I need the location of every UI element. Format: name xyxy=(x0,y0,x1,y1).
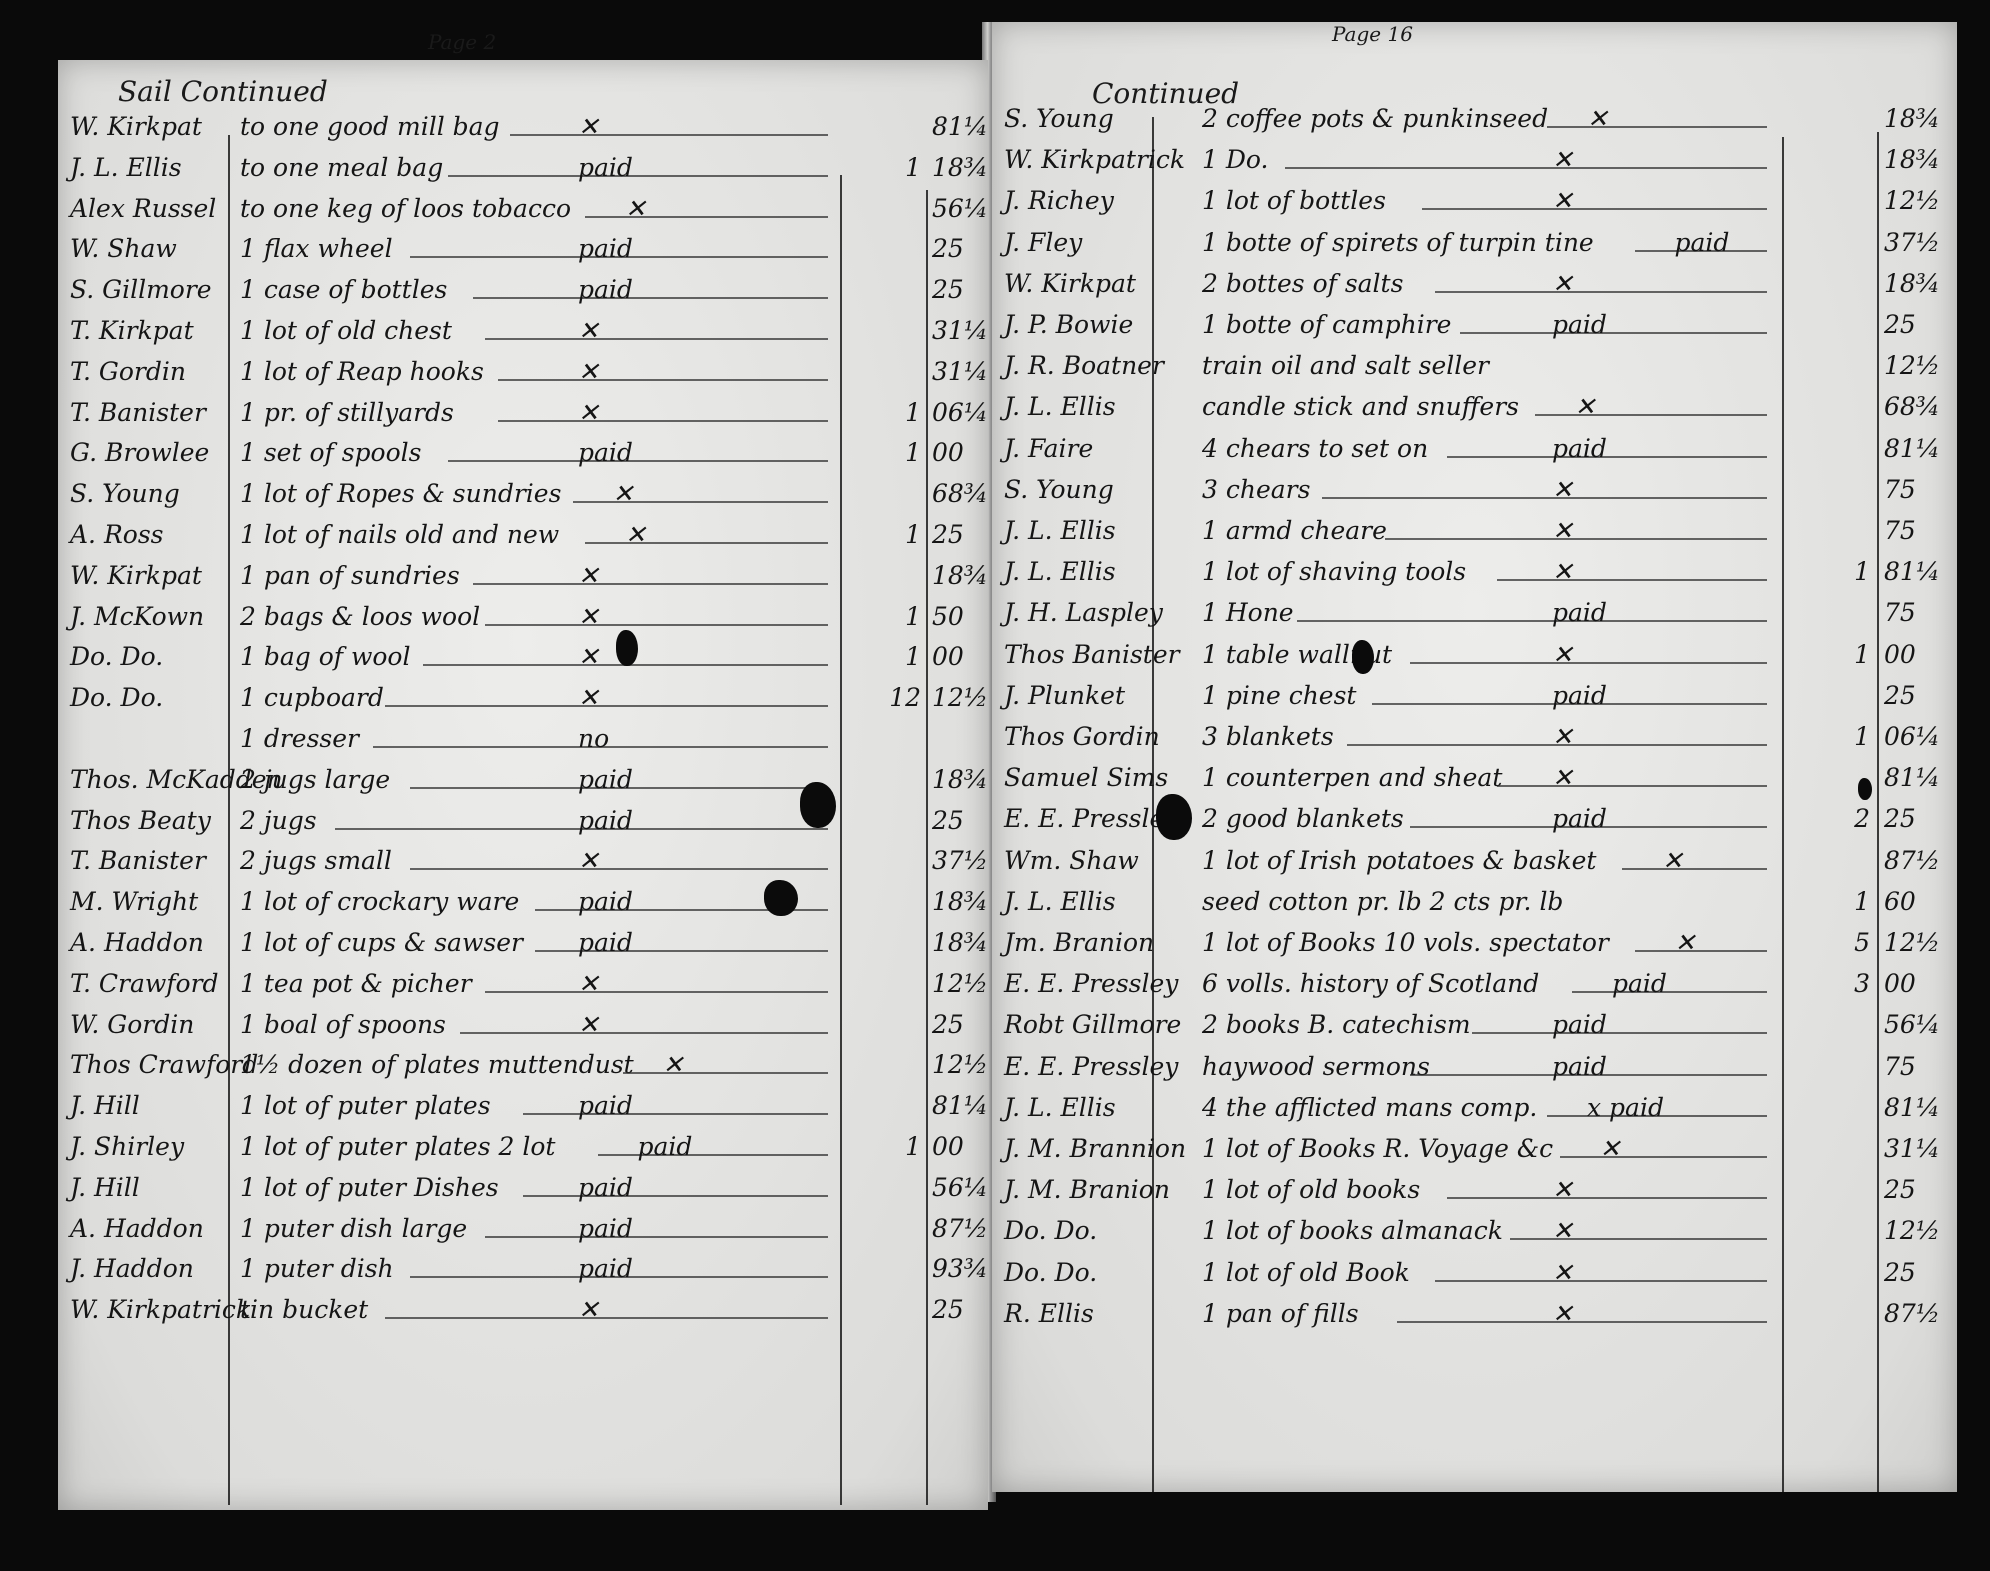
amount-dollars: 1 xyxy=(1822,887,1870,916)
item-description: to one keg of loos tobacco xyxy=(240,194,571,223)
status-mark: paid xyxy=(578,1254,633,1283)
amount-dollars: 1 xyxy=(1822,722,1870,751)
fill-line xyxy=(485,624,828,626)
ledger-row: T. Banister 2 jugs small ✕ 37½ xyxy=(58,846,988,887)
amount-cents: 68¾ xyxy=(932,479,988,508)
ledger-row: W. Gordin 1 boal of spoons ✕ 25 xyxy=(58,1010,988,1051)
ledger-row: Do. Do. 1 cupboard ✕ 12 12½ xyxy=(58,683,988,724)
status-mark: paid xyxy=(578,1173,633,1202)
buyer-name: Thos Banister xyxy=(1004,640,1180,669)
fill-line xyxy=(485,991,828,993)
fill-line xyxy=(598,1154,829,1156)
status-mark: ✕ xyxy=(1552,1175,1573,1204)
status-mark: paid xyxy=(578,1214,633,1243)
ink-blot xyxy=(764,880,798,916)
buyer-name: T. Gordin xyxy=(70,357,186,386)
ledger-row: Wm. Shaw 1 lot of Irish potatoes & baske… xyxy=(992,846,1957,887)
item-description: 1 lot of bottles xyxy=(1202,186,1386,215)
ledger-row: E. E. Pressley 6 volls. history of Scotl… xyxy=(992,969,1957,1010)
buyer-name: A. Haddon xyxy=(70,1214,204,1243)
ink-blot xyxy=(1858,778,1872,800)
item-description: candle stick and snuffers xyxy=(1202,392,1519,421)
amount-dollars: 1 xyxy=(873,1132,921,1161)
item-description: 1 lot of old chest xyxy=(240,316,452,345)
buyer-name: J. Shirley xyxy=(70,1132,184,1161)
amount-cents: 00 xyxy=(932,1132,964,1161)
item-description: 1 counterpen and sheat xyxy=(1202,763,1502,792)
amount-cents: 18¾ xyxy=(1884,104,1940,133)
fill-line xyxy=(1510,1238,1768,1240)
item-description: 2 jugs xyxy=(240,806,317,835)
fill-line xyxy=(510,134,828,136)
amount-cents: 25 xyxy=(932,520,964,549)
amount-cents: 81¼ xyxy=(1884,557,1940,586)
ledger-row: J. Fley 1 botte of spirets of turpin tin… xyxy=(992,228,1957,269)
item-description: 1 lot of nails old and new xyxy=(240,520,559,549)
status-mark: ✕ xyxy=(1552,516,1573,545)
buyer-name: R. Ellis xyxy=(1004,1299,1094,1328)
item-description: 1 bag of wool xyxy=(240,642,410,671)
status-mark: ✕ xyxy=(1552,1258,1573,1287)
fill-line xyxy=(1472,1032,1767,1034)
amount-cents: 25 xyxy=(932,275,964,304)
status-mark: ✕ xyxy=(578,561,599,590)
buyer-name: J. M. Branion xyxy=(1004,1175,1170,1204)
status-mark: paid xyxy=(578,765,633,794)
fill-line xyxy=(485,1236,828,1238)
ink-blot xyxy=(1156,794,1192,840)
amount-cents: 25 xyxy=(1884,1258,1916,1287)
status-mark: ✕ xyxy=(1552,186,1573,215)
status-mark: ✕ xyxy=(1552,557,1573,586)
amount-cents: 18¾ xyxy=(932,887,988,916)
status-mark: paid xyxy=(1552,434,1607,463)
amount-cents: 18¾ xyxy=(1884,269,1940,298)
item-description: 1 lot of Books 10 vols. spectator xyxy=(1202,928,1609,957)
status-mark: paid xyxy=(578,928,633,957)
item-description: 4 chears to set on xyxy=(1202,434,1428,463)
status-mark: paid xyxy=(1552,1052,1607,1081)
status-mark: ✕ xyxy=(1600,1134,1621,1163)
item-description: 1 case of bottles xyxy=(240,275,447,304)
status-mark: paid xyxy=(578,806,633,835)
item-description: to one good mill bag xyxy=(240,112,500,141)
ledger-row: J. L. Ellis 1 armd cheare ✕ 75 xyxy=(992,516,1957,557)
ledger-row: W. Kirkpat 1 pan of sundries ✕ 18¾ xyxy=(58,561,988,602)
amount-cents: 75 xyxy=(1884,598,1916,627)
buyer-name: W. Kirkpat xyxy=(70,112,202,141)
ledger-row: Do. Do. 1 bag of wool ✕ 1 00 xyxy=(58,642,988,683)
buyer-name: J. R. Boatner xyxy=(1004,351,1164,380)
fill-line xyxy=(585,216,828,218)
amount-cents: 12½ xyxy=(932,683,988,712)
buyer-name: E. E. Pressley xyxy=(1004,1052,1178,1081)
amount-cents: 93¾ xyxy=(932,1254,988,1283)
item-description: 2 jugs large xyxy=(240,765,390,794)
status-mark: paid xyxy=(578,275,633,304)
fill-line xyxy=(1535,414,1768,416)
item-description: 1 lot of cups & sawser xyxy=(240,928,523,957)
buyer-name: J. Haddon xyxy=(70,1254,194,1283)
fill-line xyxy=(473,297,829,299)
buyer-name: A. Haddon xyxy=(70,928,204,957)
status-mark: ✕ xyxy=(578,969,599,998)
fill-line xyxy=(448,175,829,177)
ledger-row: S. Young 1 lot of Ropes & sundries ✕ 68¾ xyxy=(58,479,988,520)
buyer-name: J. Hill xyxy=(70,1091,140,1120)
fill-line xyxy=(1285,167,1768,169)
amount-dollars: 1 xyxy=(873,602,921,631)
amount-cents: 81¼ xyxy=(1884,763,1940,792)
status-mark: paid xyxy=(578,153,633,182)
buyer-name: Thos Crawford xyxy=(70,1050,258,1079)
page-label: Page 2 xyxy=(428,30,496,54)
amount-cents: 25 xyxy=(1884,1175,1916,1204)
ledger-row: G. Browlee 1 set of spools paid 1 00 xyxy=(58,438,988,479)
amount-cents: 31¼ xyxy=(932,316,988,345)
fill-line xyxy=(1410,662,1768,664)
buyer-name: T. Banister xyxy=(70,846,206,875)
amount-cents: 00 xyxy=(1884,969,1916,998)
ledger-row: J. Richey 1 lot of bottles ✕ 12½ xyxy=(992,186,1957,227)
buyer-name: Wm. Shaw xyxy=(1004,846,1139,875)
amount-cents: 12½ xyxy=(1884,1216,1940,1245)
ledger-row: M. Wright 1 lot of crockary ware paid 18… xyxy=(58,887,988,928)
amount-dollars: 3 xyxy=(1822,969,1870,998)
amount-cents: 18¾ xyxy=(932,561,988,590)
status-mark: ✕ xyxy=(578,316,599,345)
buyer-name: Thos Gordin xyxy=(1004,722,1160,751)
amount-dollars: 1 xyxy=(873,520,921,549)
status-mark: paid xyxy=(1552,310,1607,339)
status-mark: ✕ xyxy=(625,520,646,549)
amount-cents: 81¼ xyxy=(932,1091,988,1120)
fill-line xyxy=(1622,868,1767,870)
buyer-name: J. McKown xyxy=(70,602,204,631)
ledger-row: S. Gillmore 1 case of bottles paid 25 xyxy=(58,275,988,316)
item-description: 1 lot of puter plates 2 lot xyxy=(240,1132,555,1161)
status-mark: no xyxy=(578,724,609,753)
amount-cents: 00 xyxy=(1884,640,1916,669)
buyer-name: S. Young xyxy=(70,479,180,508)
status-mark: ✕ xyxy=(1552,1299,1573,1328)
item-description: 1 lot of old books xyxy=(1202,1175,1420,1204)
buyer-name: W. Gordin xyxy=(70,1010,194,1039)
buyer-name: T. Kirkpat xyxy=(70,316,194,345)
fill-line xyxy=(1572,991,1767,993)
ledger-row: Samuel Sims 1 counterpen and sheat ✕ 81¼ xyxy=(992,763,1957,804)
amount-cents: 75 xyxy=(1884,475,1916,504)
fill-line xyxy=(523,1195,829,1197)
status-mark: ✕ xyxy=(578,602,599,631)
buyer-name: J. M. Brannion xyxy=(1004,1134,1186,1163)
fill-line xyxy=(410,868,828,870)
amount-cents: 06¼ xyxy=(1884,722,1940,751)
ledger-row: J. Faire 4 chears to set on paid 81¼ xyxy=(992,434,1957,475)
status-mark: ✕ xyxy=(578,683,599,712)
buyer-name: M. Wright xyxy=(70,887,198,916)
ledger-row: J. L. Ellis 4 the afflicted mans comp. x… xyxy=(992,1093,1957,1134)
page-heading: Sail Continued xyxy=(118,75,328,108)
amount-cents: 25 xyxy=(932,1010,964,1039)
amount-dollars: 1 xyxy=(873,398,921,427)
status-mark: ✕ xyxy=(1587,104,1608,133)
buyer-name: A. Ross xyxy=(70,520,163,549)
buyer-name: Jm. Branion xyxy=(1004,928,1154,957)
fill-line xyxy=(498,379,829,381)
ledger-row: J. L. Ellis 1 lot of shaving tools ✕ 1 8… xyxy=(992,557,1957,598)
fill-line xyxy=(485,338,828,340)
status-mark: ✕ xyxy=(578,112,599,141)
amount-cents: 37½ xyxy=(932,846,988,875)
item-description: 1 lot of Books R. Voyage &c xyxy=(1202,1134,1553,1163)
buyer-name: J. L. Ellis xyxy=(1004,887,1116,916)
fill-line xyxy=(1397,1321,1767,1323)
status-mark: paid xyxy=(638,1132,693,1161)
amount-cents: 25 xyxy=(932,234,964,263)
amount-cents: 12½ xyxy=(1884,928,1940,957)
buyer-name: W. Kirkpatrick xyxy=(1004,145,1185,174)
amount-cents: 25 xyxy=(932,1295,964,1324)
item-description: 6 volls. history of Scotland xyxy=(1202,969,1539,998)
ledger-row: J. P. Bowie 1 botte of camphire paid 25 xyxy=(992,310,1957,351)
ledger-row: J. L. Ellis to one meal bag paid 1 18¾ xyxy=(58,153,988,194)
status-mark: ✕ xyxy=(578,846,599,875)
amount-cents: 12½ xyxy=(932,1050,988,1079)
item-description: 4 the afflicted mans comp. xyxy=(1202,1093,1537,1122)
amount-dollars: 1 xyxy=(873,153,921,182)
buyer-name: Do. Do. xyxy=(70,683,163,712)
amount-cents: 56¼ xyxy=(932,194,988,223)
amount-cents: 68¾ xyxy=(1884,392,1940,421)
ledger-row: W. Kirkpatrick 1 Do. ✕ 18¾ xyxy=(992,145,1957,186)
item-description: 1 tea pot & picher xyxy=(240,969,472,998)
status-mark: ✕ xyxy=(1575,392,1596,421)
amount-cents: 37½ xyxy=(1884,228,1940,257)
ledger-row: J. M. Branion 1 lot of old books ✕ 25 xyxy=(992,1175,1957,1216)
fill-line xyxy=(1422,208,1767,210)
buyer-name: J. L. Ellis xyxy=(1004,516,1116,545)
item-description: 1 lot of puter plates xyxy=(240,1091,491,1120)
page-label: Page 16 xyxy=(1332,22,1413,46)
item-description: 2 good blankets xyxy=(1202,804,1404,833)
amount-dollars: 12 xyxy=(873,683,921,712)
amount-dollars: 1 xyxy=(1822,557,1870,586)
fill-line xyxy=(448,460,829,462)
amount-cents: 56¼ xyxy=(932,1173,988,1202)
buyer-name: E. E. Pressley xyxy=(1004,804,1178,833)
amount-cents: 18¾ xyxy=(932,153,988,182)
status-mark: ✕ xyxy=(1552,1216,1573,1245)
buyer-name: Do. Do. xyxy=(1004,1258,1097,1287)
status-mark: ✕ xyxy=(578,1010,599,1039)
item-description: 3 blankets xyxy=(1202,722,1334,751)
status-mark: ✕ xyxy=(613,479,634,508)
amount-cents: 60 xyxy=(1884,887,1916,916)
status-mark: ✕ xyxy=(1552,269,1573,298)
amount-cents: 56¼ xyxy=(1884,1010,1940,1039)
right-ledger-page: Page 16 Continued S. Young 2 coffee pots… xyxy=(992,22,1957,1492)
ledger-row: J. Haddon 1 puter dish paid 93¾ xyxy=(58,1254,988,1295)
ledger-row: Thos Crawford 1½ dozen of plates muttend… xyxy=(58,1050,988,1091)
buyer-name: W. Kirkpat xyxy=(70,561,202,590)
status-mark: paid xyxy=(1552,1010,1607,1039)
ledger-row: S. Young 3 chears ✕ 75 xyxy=(992,475,1957,516)
status-mark: paid xyxy=(1552,804,1607,833)
amount-cents: 81¼ xyxy=(1884,1093,1940,1122)
fill-line xyxy=(385,1317,828,1319)
item-description: 2 jugs small xyxy=(240,846,392,875)
buyer-name: J. H. Laspley xyxy=(1004,598,1163,627)
fill-line xyxy=(473,583,829,585)
ledger-row: Thos Gordin 3 blankets ✕ 1 06¼ xyxy=(992,722,1957,763)
status-mark: ✕ xyxy=(1552,475,1573,504)
status-mark: paid xyxy=(578,1091,633,1120)
buyer-name: Do. Do. xyxy=(70,642,163,671)
status-mark: ✕ xyxy=(1552,763,1573,792)
item-description: 2 books B. catechism xyxy=(1202,1010,1471,1039)
amount-cents: 87½ xyxy=(932,1214,988,1243)
buyer-name: J. L. Ellis xyxy=(1004,1093,1116,1122)
amount-dollars: 1 xyxy=(873,438,921,467)
item-description: 1 lot of Irish potatoes & basket xyxy=(1202,846,1596,875)
fill-line xyxy=(1435,291,1768,293)
amount-cents: 06¼ xyxy=(932,398,988,427)
ledger-row: R. Ellis 1 pan of fills ✕ 87½ xyxy=(992,1299,1957,1340)
status-mark: ✕ xyxy=(578,642,599,671)
buyer-name: Alex Russel xyxy=(70,194,216,223)
ledger-row: J. Hill 1 lot of puter Dishes paid 56¼ xyxy=(58,1173,988,1214)
ledger-row: S. Young 2 coffee pots & punkinseed ✕ 18… xyxy=(992,104,1957,145)
fill-line xyxy=(460,1032,828,1034)
fill-line xyxy=(1385,538,1768,540)
buyer-name: Thos Beaty xyxy=(70,806,211,835)
buyer-name: J. L. Ellis xyxy=(70,153,182,182)
ledger-row: E. E. Pressley haywood sermons paid 75 xyxy=(992,1052,1957,1093)
item-description: 1 pine chest xyxy=(1202,681,1356,710)
buyer-name: Robt Gillmore xyxy=(1004,1010,1181,1039)
ledger-row: T. Kirkpat 1 lot of old chest ✕ 31¼ xyxy=(58,316,988,357)
status-mark: paid xyxy=(578,887,633,916)
buyer-name: J. P. Bowie xyxy=(1004,310,1133,339)
amount-cents: 18¾ xyxy=(932,765,988,794)
amount-cents: 31¼ xyxy=(1884,1134,1940,1163)
amount-cents: 50 xyxy=(932,602,964,631)
buyer-name: E. E. Pressley xyxy=(1004,969,1178,998)
amount-cents: 31¼ xyxy=(932,357,988,386)
ledger-row: J. Shirley 1 lot of puter plates 2 lot p… xyxy=(58,1132,988,1173)
item-description: 1 set of spools xyxy=(240,438,421,467)
amount-cents: 75 xyxy=(1884,1052,1916,1081)
item-description: 1 puter dish large xyxy=(240,1214,467,1243)
ledger-row: 1 dresser no xyxy=(58,724,988,765)
ledger-row: J. H. Laspley 1 Hone paid 75 xyxy=(992,598,1957,639)
ledger-row: E. E. Pressley 2 good blankets paid 2 25 xyxy=(992,804,1957,845)
ledger-row: Jm. Branion 1 lot of Books 10 vols. spec… xyxy=(992,928,1957,969)
fill-line xyxy=(498,420,829,422)
buyer-name: T. Banister xyxy=(70,398,206,427)
buyer-name: Samuel Sims xyxy=(1004,763,1168,792)
amount-cents: 75 xyxy=(1884,516,1916,545)
status-mark: ✕ xyxy=(1675,928,1696,957)
status-mark: ✕ xyxy=(1552,722,1573,751)
ledger-row: J. McKown 2 bags & loos wool ✕ 1 50 xyxy=(58,602,988,643)
ledger-row: Robt Gillmore 2 books B. catechism paid … xyxy=(992,1010,1957,1051)
status-mark: ✕ xyxy=(578,357,599,386)
ledger-row: J. Hill 1 lot of puter plates paid 81¼ xyxy=(58,1091,988,1132)
ledger-row: J. M. Brannion 1 lot of Books R. Voyage … xyxy=(992,1134,1957,1175)
ledger-row: W. Kirkpat 2 bottes of salts ✕ 18¾ xyxy=(992,269,1957,310)
item-description: 1 lot of books almanack xyxy=(1202,1216,1503,1245)
amount-cents: 25 xyxy=(1884,310,1916,339)
item-description: 1 botte of camphire xyxy=(1202,310,1451,339)
item-description: train oil and salt seller xyxy=(1202,351,1489,380)
fill-line xyxy=(385,705,828,707)
item-description: 1 puter dish xyxy=(240,1254,394,1283)
fill-line xyxy=(573,501,829,503)
status-mark: paid xyxy=(578,438,633,467)
amount-cents: 81¼ xyxy=(932,112,988,141)
ledger-row: W. Kirkpatrick tin bucket ✕ 25 xyxy=(58,1295,988,1336)
status-mark: ✕ xyxy=(578,398,599,427)
amount-cents: 12½ xyxy=(1884,351,1940,380)
ink-blot xyxy=(616,630,638,666)
item-description: 3 chears xyxy=(1202,475,1310,504)
status-mark: ✕ xyxy=(625,194,646,223)
ledger-row: Do. Do. 1 lot of books almanack ✕ 12½ xyxy=(992,1216,1957,1257)
amount-dollars: 1 xyxy=(1822,640,1870,669)
buyer-name: J. L. Ellis xyxy=(1004,392,1116,421)
amount-cents: 25 xyxy=(1884,681,1916,710)
item-description: to one meal bag xyxy=(240,153,443,182)
amount-cents: 18¾ xyxy=(1884,145,1940,174)
status-mark: ✕ xyxy=(1552,640,1573,669)
ledger-row: Alex Russel to one keg of loos tobacco ✕… xyxy=(58,194,988,235)
amount-cents: 87½ xyxy=(1884,1299,1940,1328)
buyer-name: S. Young xyxy=(1004,475,1114,504)
fill-line xyxy=(523,1113,829,1115)
ledger-row: J. Plunket 1 pine chest paid 25 xyxy=(992,681,1957,722)
amount-dollars: 1 xyxy=(873,642,921,671)
fill-line xyxy=(1497,785,1767,787)
item-description: 1 pan of fills xyxy=(1202,1299,1359,1328)
ledger-row: Thos Banister 1 table wallnut ✕ 1 00 xyxy=(992,640,1957,681)
ledger-row: T. Crawford 1 tea pot & picher ✕ 12½ xyxy=(58,969,988,1010)
item-description: 1 lot of Ropes & sundries xyxy=(240,479,561,508)
amount-cents: 87½ xyxy=(1884,846,1940,875)
fill-line xyxy=(1547,126,1767,128)
ledger-row: W. Shaw 1 flax wheel paid 25 xyxy=(58,234,988,275)
item-description: 1 cupboard xyxy=(240,683,384,712)
ledger-row: Do. Do. 1 lot of old Book ✕ 25 xyxy=(992,1258,1957,1299)
status-mark: ✕ xyxy=(663,1050,684,1079)
buyer-name: W. Kirkpat xyxy=(1004,269,1136,298)
ledger-row: Thos Beaty 2 jugs paid 25 xyxy=(58,806,988,847)
item-description: 1 flax wheel xyxy=(240,234,393,263)
item-description: 2 bags & loos wool xyxy=(240,602,480,631)
ink-blot xyxy=(800,782,836,828)
ledger-row: J. L. Ellis seed cotton pr. lb 2 cts pr.… xyxy=(992,887,1957,928)
item-description: tin bucket xyxy=(240,1295,368,1324)
status-mark: paid xyxy=(1552,681,1607,710)
item-description: 1 boal of spoons xyxy=(240,1010,446,1039)
buyer-name: T. Crawford xyxy=(70,969,219,998)
item-description: 1 pan of sundries xyxy=(240,561,460,590)
buyer-name: W. Shaw xyxy=(70,234,177,263)
status-mark: ✕ xyxy=(578,1295,599,1324)
item-description: 1 lot of Reap hooks xyxy=(240,357,484,386)
buyer-name: W. Kirkpatrick xyxy=(70,1295,251,1324)
